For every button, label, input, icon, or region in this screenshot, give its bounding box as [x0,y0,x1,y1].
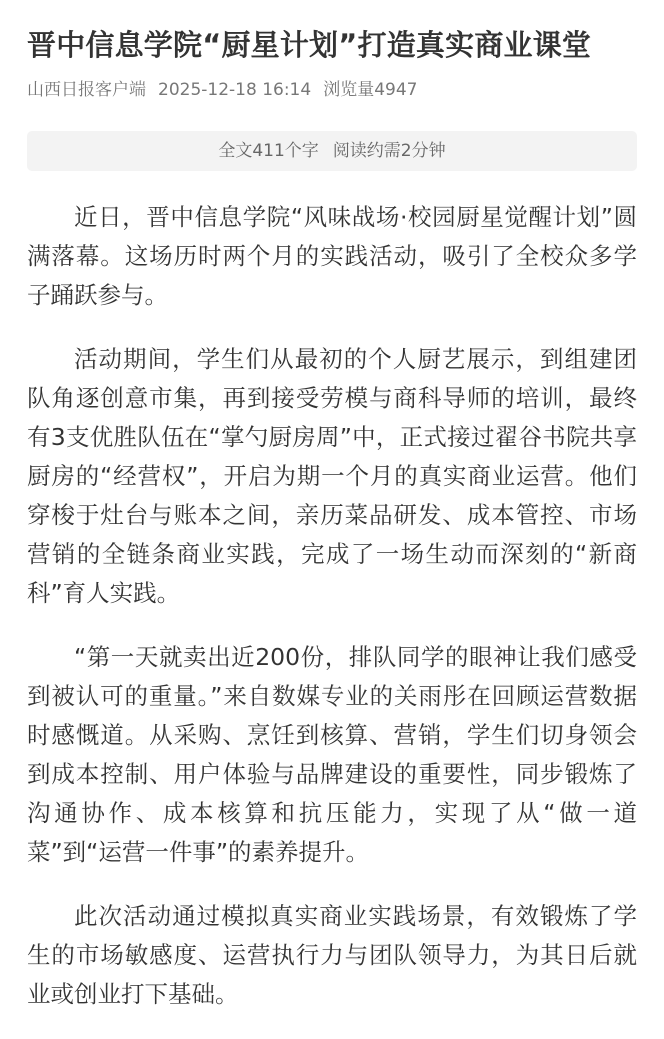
view-count: 浏览量4947 [323,80,417,100]
reading-summary-box: 全文411个字阅读约需2分钟 [27,131,637,171]
paragraph: 此次活动通过模拟真实商业实践场景，有效锻炼了学生的市场敏感度、运营执行力与团队领… [27,897,637,1014]
article-body: 近日，晋中信息学院“风味战场·校园厨星觉醒计划”圆满落幕。这场历时两个月的实践活… [27,198,637,1039]
article-title: 晋中信息学院“厨星计划”打造真实商业课堂 [27,24,639,66]
read-time: 阅读约需2分钟 [333,141,446,161]
publish-datetime: 2025-12-18 16:14 [158,80,311,100]
paragraph: “第一天就卖出近200份，排队同学的眼神让我们感受到被认可的重量。”来自数媒专业… [27,638,637,872]
article-meta: 山西日报客户端2025-12-18 16:14浏览量4947 [27,78,429,102]
source-label[interactable]: 山西日报客户端 [27,80,146,100]
paragraph: 活动期间，学生们从最初的个人厨艺展示，到组建团队角逐创意市集，再到接受劳模与商科… [27,340,637,613]
word-count: 全文411个字 [218,141,318,161]
paragraph: 近日，晋中信息学院“风味战场·校园厨星觉醒计划”圆满落幕。这场历时两个月的实践活… [27,198,637,315]
